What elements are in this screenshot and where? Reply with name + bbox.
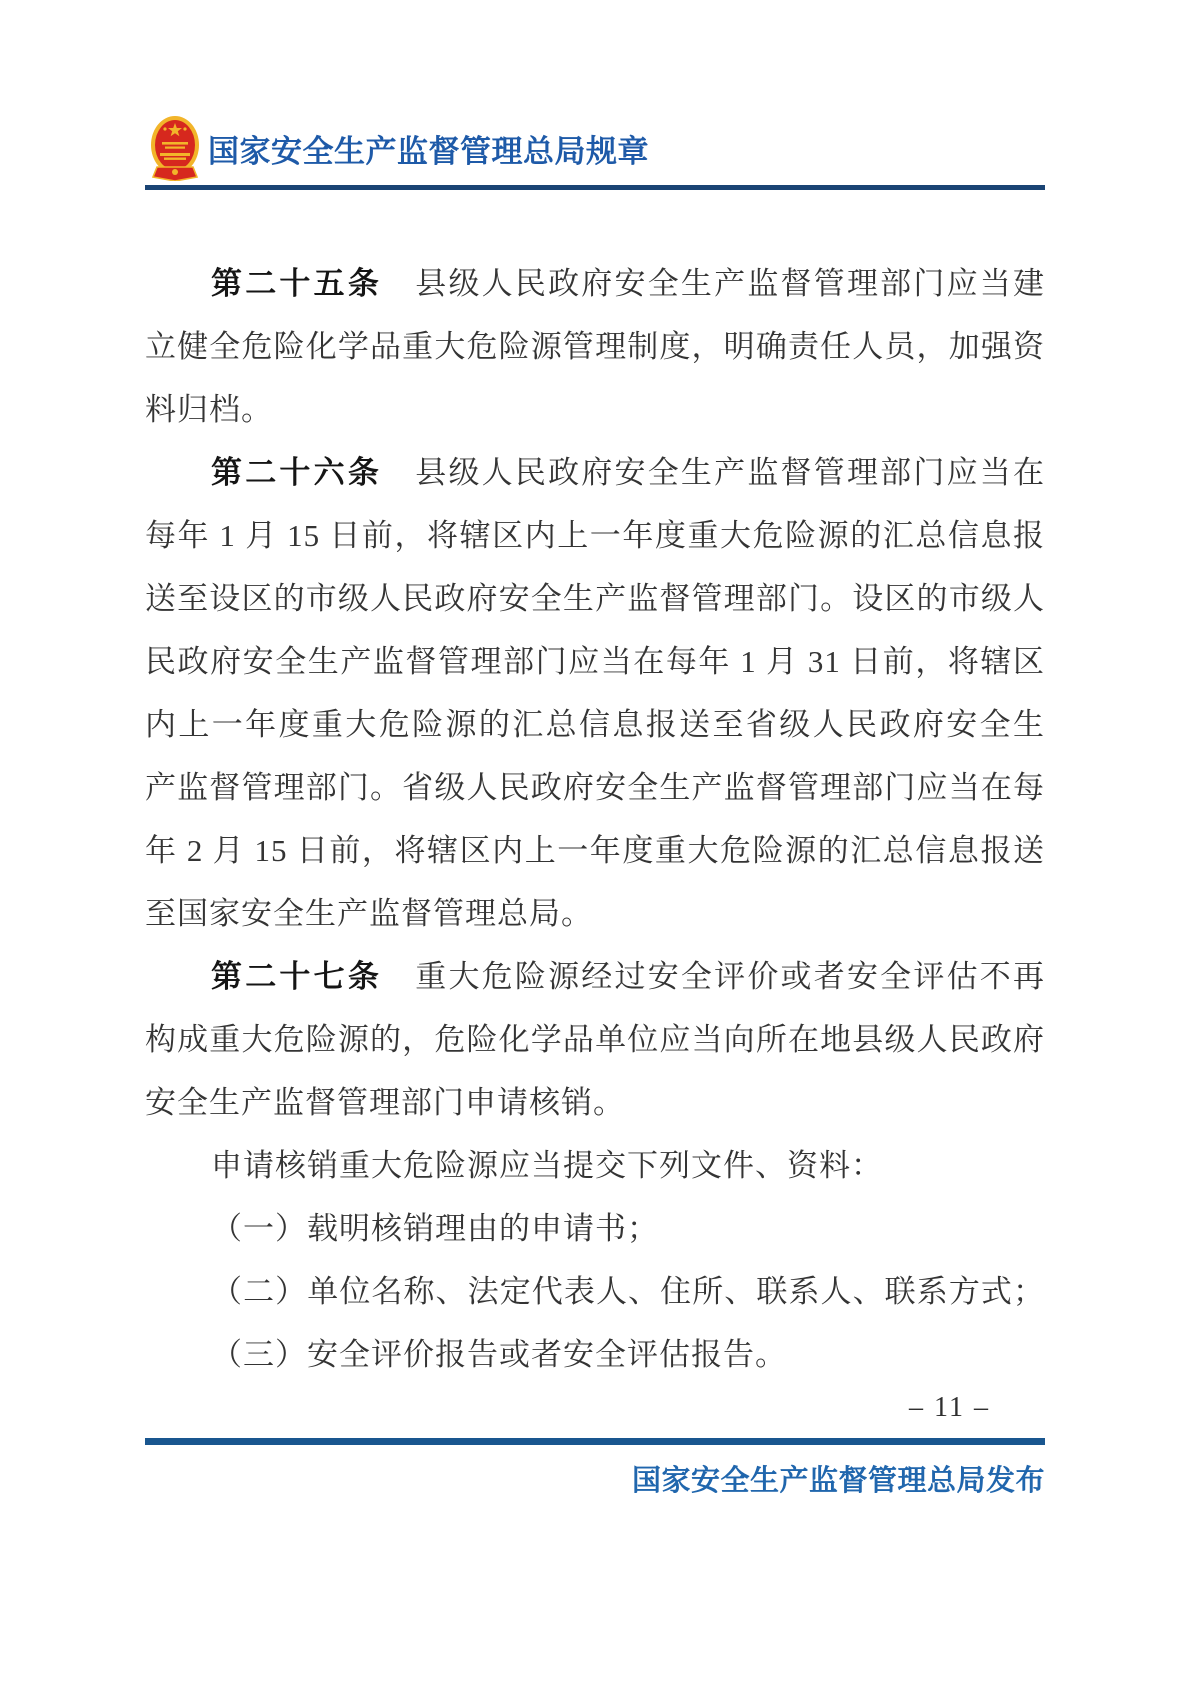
body-line: 申请核销重大危险源应当提交下列文件、资料： — [145, 1134, 1045, 1197]
document-page: 国家安全生产监督管理总局规章 第二十五条 县级人民政府安全生产监督管理部门应当建… — [0, 0, 1190, 1683]
body-line: 内上一年度重大危险源的汇总信息报送至省级人民政府安全生 — [145, 693, 1045, 756]
body-line: 立健全危险化学品重大危险源管理制度，明确责任人员，加强资 — [145, 315, 1045, 378]
body-line-text: 安全生产监督管理部门申请核销。 — [145, 1085, 625, 1120]
body-line-text: 送至设区的市级人民政府安全生产监督管理部门。设区的市级人 — [145, 581, 1045, 616]
body-line-text: 民政府安全生产监督管理部门应当在每年 1 月 31 日前，将辖区 — [145, 644, 1045, 679]
body-line: 料归档。 — [145, 378, 1045, 441]
body-line: 民政府安全生产监督管理部门应当在每年 1 月 31 日前，将辖区 — [145, 630, 1045, 693]
body-line: 产监督管理部门。省级人民政府安全生产监督管理部门应当在每 — [145, 756, 1045, 819]
body-line: （二）单位名称、法定代表人、住所、联系人、联系方式； — [145, 1260, 1045, 1323]
article-number: 第二十七条 — [211, 959, 382, 994]
body-line-text: 申请核销重大危险源应当提交下列文件、资料： — [211, 1148, 883, 1183]
body-line-text: 重大危险源经过安全评价或者安全评估不再 — [382, 959, 1045, 994]
header-divider — [145, 185, 1045, 190]
body-line: 每年 1 月 15 日前，将辖区内上一年度重大危险源的汇总信息报 — [145, 504, 1045, 567]
body-line-text: 立健全危险化学品重大危险源管理制度，明确责任人员，加强资 — [145, 329, 1045, 364]
body-line: 第二十五条 县级人民政府安全生产监督管理部门应当建 — [145, 252, 1045, 315]
body-line-text: 每年 1 月 15 日前，将辖区内上一年度重大危险源的汇总信息报 — [145, 518, 1045, 553]
page-number: – 11 – — [145, 1392, 990, 1424]
body-line: 第二十七条 重大危险源经过安全评价或者安全评估不再 — [145, 945, 1045, 1008]
china-national-emblem-icon — [150, 115, 200, 181]
body-line-text: 至国家安全生产监督管理总局。 — [145, 896, 593, 931]
body-line-text: 料归档。 — [145, 392, 273, 427]
body-line: （一）载明核销理由的申请书； — [145, 1197, 1045, 1260]
article-number: 第二十五条 — [211, 266, 382, 301]
body-line-text: （二）单位名称、法定代表人、住所、联系人、联系方式； — [211, 1274, 1045, 1309]
publisher-line: 国家安全生产监督管理总局发布 — [145, 1458, 1045, 1499]
page-title: 国家安全生产监督管理总局规章 — [208, 126, 649, 171]
body-line-text: 内上一年度重大危险源的汇总信息报送至省级人民政府安全生 — [145, 707, 1045, 742]
body-line: （三）安全评价报告或者安全评估报告。 — [145, 1323, 1045, 1386]
body-line: 至国家安全生产监督管理总局。 — [145, 882, 1045, 945]
article-number: 第二十六条 — [211, 455, 382, 490]
body-line-text: （一）载明核销理由的申请书； — [211, 1211, 659, 1246]
body-line: 年 2 月 15 日前，将辖区内上一年度重大危险源的汇总信息报送 — [145, 819, 1045, 882]
body-line-text: 县级人民政府安全生产监督管理部门应当建 — [382, 266, 1045, 301]
body-line: 构成重大危险源的，危险化学品单位应当向所在地县级人民政府 — [145, 1008, 1045, 1071]
page-header: 国家安全生产监督管理总局规章 — [150, 112, 649, 184]
body-line: 安全生产监督管理部门申请核销。 — [145, 1071, 1045, 1134]
body-line-text: 县级人民政府安全生产监督管理部门应当在 — [382, 455, 1045, 490]
footer-divider — [145, 1438, 1045, 1445]
body-line-text: 产监督管理部门。省级人民政府安全生产监督管理部门应当在每 — [145, 770, 1045, 805]
body-line: 第二十六条 县级人民政府安全生产监督管理部门应当在 — [145, 441, 1045, 504]
body-line-text: 构成重大危险源的，危险化学品单位应当向所在地县级人民政府 — [145, 1022, 1045, 1057]
body-line-text: 年 2 月 15 日前，将辖区内上一年度重大危险源的汇总信息报送 — [145, 833, 1045, 868]
regulation-text: 第二十五条 县级人民政府安全生产监督管理部门应当建 立健全危险化学品重大危险源管… — [145, 252, 1045, 1386]
body-line: 送至设区的市级人民政府安全生产监督管理部门。设区的市级人 — [145, 567, 1045, 630]
body-line-text: （三）安全评价报告或者安全评估报告。 — [211, 1337, 787, 1372]
